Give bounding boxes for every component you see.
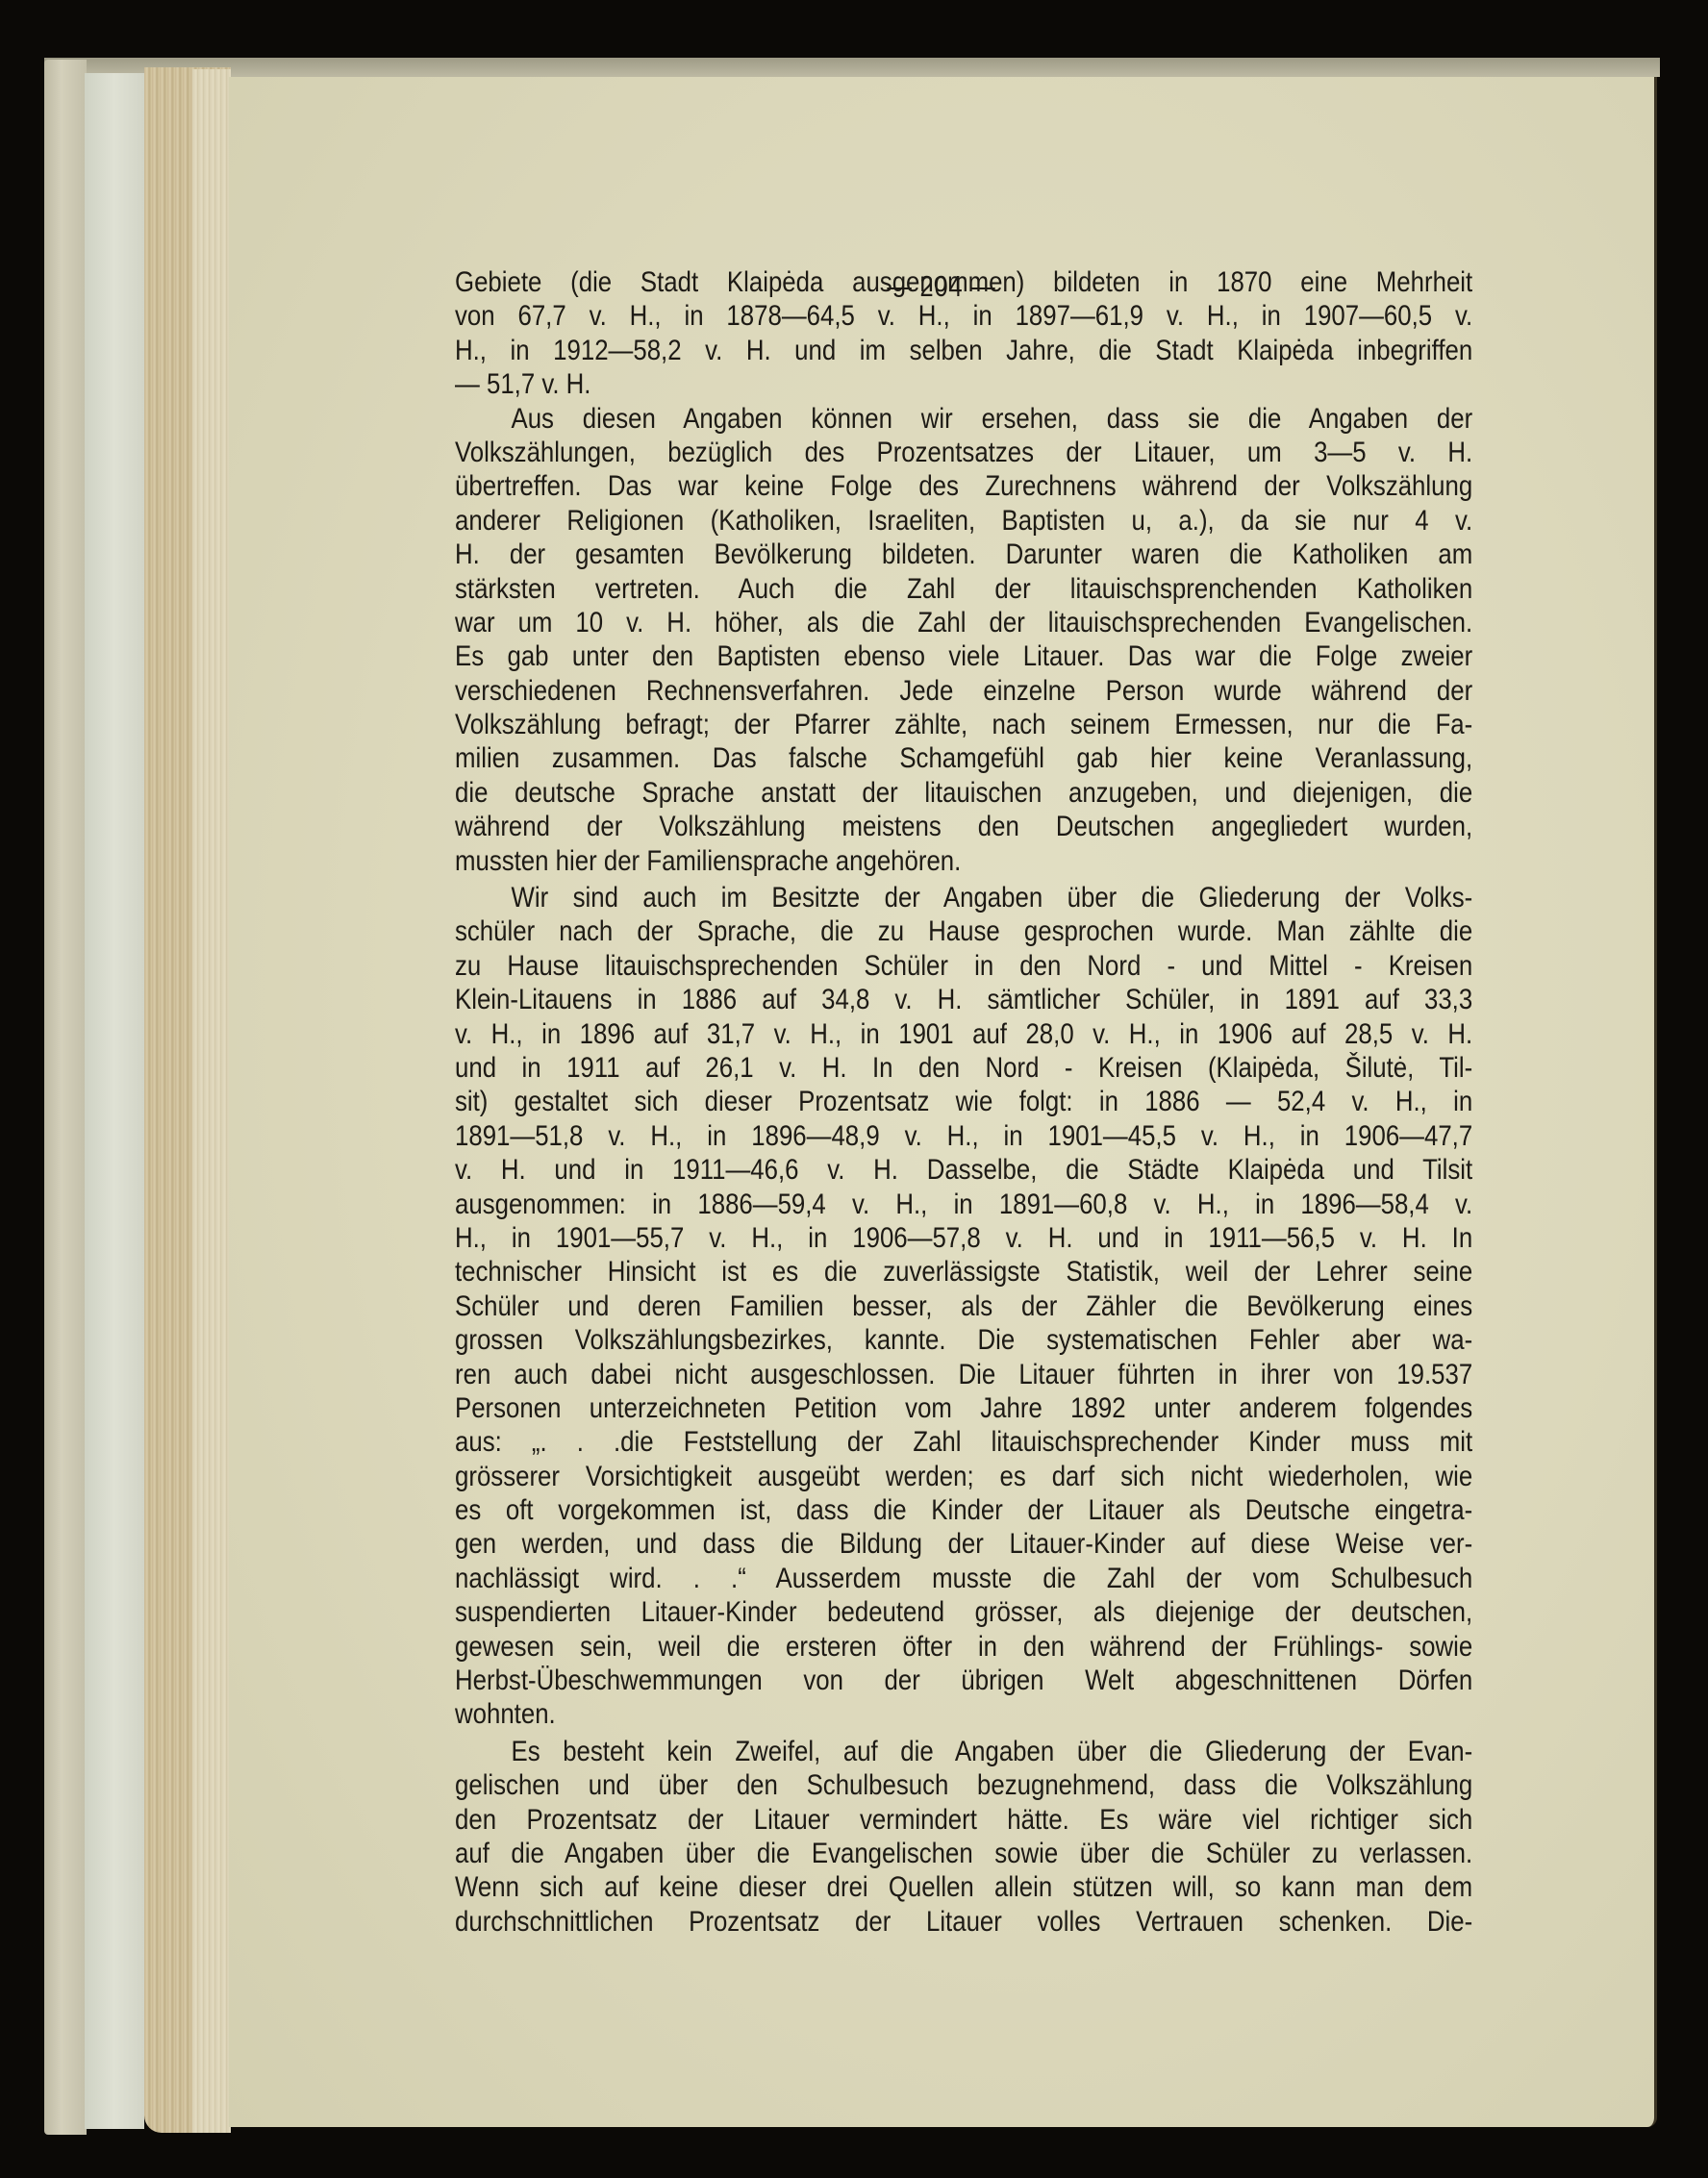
text-line: suspendierten Litauer-Kinder bedeutend g… — [455, 1595, 1472, 1629]
text-line: Aus diesen Angaben können wir ersehen, d… — [455, 402, 1472, 436]
paragraph: Aus diesen Angaben können wir ersehen, d… — [455, 402, 1472, 878]
text-line: H., in 1901—55,7 v. H., in 1906—57,8 v. … — [455, 1221, 1472, 1255]
text-line: technischer Hinsicht ist es die zuverläs… — [455, 1255, 1472, 1289]
body-text: Gebiete (die Stadt Klaipėda ausgenommen)… — [455, 265, 1472, 1939]
text-line: Wir sind auch im Besitzte der Angaben üb… — [455, 881, 1472, 914]
text-line: H. der gesamten Bevölkerung bildeten. Da… — [455, 538, 1472, 571]
paragraph: Es besteht kein Zweifel, auf die Angaben… — [455, 1735, 1472, 1939]
paragraph: Gebiete (die Stadt Klaipėda ausgenommen)… — [455, 265, 1472, 402]
text-line: war um 10 v. H. höher, als die Zahl der … — [455, 606, 1472, 639]
text-line: grösserer Vorsichtigkeit ausgeübt werden… — [455, 1460, 1472, 1493]
text-line: übertreffen. Das war keine Folge des Zur… — [455, 469, 1472, 503]
text-line: v. H., in 1896 auf 31,7 v. H., in 1901 a… — [455, 1017, 1472, 1051]
text-line: sit) gestaltet sich dieser Prozentsatz w… — [455, 1085, 1472, 1118]
paragraph: Wir sind auch im Besitzte der Angaben üb… — [455, 881, 1472, 1732]
text-line: gen werden, und dass die Bildung der Lit… — [455, 1527, 1472, 1561]
text-line: — 51,7 v. H. — [455, 367, 1472, 401]
text-line: Volkszählung befragt; der Pfarrer zählte… — [455, 708, 1472, 741]
book-endpaper-strip — [85, 73, 144, 2129]
text-line: durchschnittlichen Prozentsatz der Litau… — [455, 1905, 1472, 1939]
text-line: gelischen und über den Schulbesuch bezug… — [455, 1768, 1472, 1802]
text-line: schüler nach der Sprache, die zu Hause g… — [455, 914, 1472, 948]
book-cover-cloth-spine — [44, 60, 87, 2135]
book-cover-top-edge — [44, 58, 1660, 77]
text-line: auf die Angaben über die Evangelischen s… — [455, 1837, 1472, 1870]
page-stack-edges-inner — [192, 69, 231, 2133]
text-line: mussten hier der Familiensprache angehör… — [455, 844, 1472, 878]
text-line: 1891—51,8 v. H., in 1896—48,9 v. H., in … — [455, 1119, 1472, 1153]
text-line: milien zusammen. Das falsche Schamgefühl… — [455, 741, 1472, 775]
text-line: während der Volkszählung meistens den De… — [455, 810, 1472, 843]
text-line: ren auch dabei nicht ausgeschlossen. Die… — [455, 1358, 1472, 1391]
text-line: Klein-Litauens in 1886 auf 34,8 v. H. sä… — [455, 983, 1472, 1016]
text-line: ausgenommen: in 1886—59,4 v. H., in 1891… — [455, 1188, 1472, 1221]
text-line: Personen unterzeichneten Petition vom Ja… — [455, 1391, 1472, 1425]
text-line: von 67,7 v. H., in 1878—64,5 v. H., in 1… — [455, 299, 1472, 333]
text-line: den Prozentsatz der Litauer vermindert h… — [455, 1803, 1472, 1837]
text-line: Schüler und deren Familien besser, als d… — [455, 1289, 1472, 1323]
text-line: stärksten vertreten. Auch die Zahl der l… — [455, 572, 1472, 606]
text-line: gewesen sein, weil die ersteren öfter in… — [455, 1630, 1472, 1664]
text-line: Es besteht kein Zweifel, auf die Angaben… — [455, 1735, 1472, 1768]
text-line: wohnten. — [455, 1697, 1472, 1731]
text-line: es oft vorgekommen ist, dass die Kinder … — [455, 1493, 1472, 1527]
text-line: Volkszählungen, bezüglich des Prozentsat… — [455, 436, 1472, 469]
text-line: grossen Volkszählungsbezirkes, kannte. D… — [455, 1323, 1472, 1357]
text-line: Es gab unter den Baptisten ebenso viele … — [455, 639, 1472, 673]
text-line: Wenn sich auf keine dieser drei Quellen … — [455, 1870, 1472, 1904]
text-line: und in 1911 auf 26,1 v. H. In den Nord -… — [455, 1051, 1472, 1085]
text-line: v. H. und in 1911—46,6 v. H. Dasselbe, d… — [455, 1153, 1472, 1187]
text-line: Gebiete (die Stadt Klaipėda ausgenommen)… — [455, 265, 1472, 299]
text-line: anderer Religionen (Katholiken, Israelit… — [455, 504, 1472, 538]
text-line: die deutsche Sprache anstatt der litauis… — [455, 776, 1472, 810]
text-line: Herbst-Übeschwemmungen von der übrigen W… — [455, 1664, 1472, 1697]
text-line: H., in 1912—58,2 v. H. und im selben Jah… — [455, 334, 1472, 367]
text-line: aus: „. . .die Feststellung der Zahl lit… — [455, 1425, 1472, 1459]
text-line: zu Hause litauischsprechenden Schüler in… — [455, 949, 1472, 983]
text-line: verschiedenen Rechnensverfahren. Jede ei… — [455, 674, 1472, 708]
text-line: nachlässigt wird. . .“ Ausserdem musste … — [455, 1562, 1472, 1595]
